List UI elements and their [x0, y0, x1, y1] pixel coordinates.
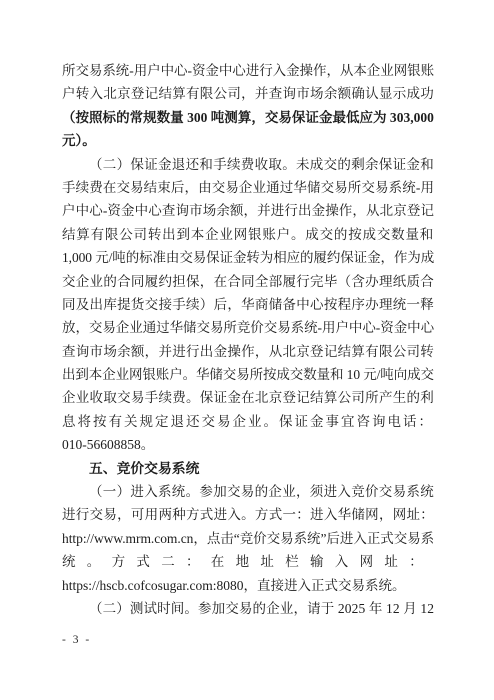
document-page: 所交易系统-用户中心-资金中心进行入金操作，从本企业网银账户转入北京登记结算有限… — [0, 0, 494, 700]
text-line: 结算有限公司转出到本企业网银账户。成交的按成交数量和 — [62, 223, 434, 246]
text-line: （二）测试时间。参加交易的企业，请于 2025 年 12 月 12 — [62, 597, 434, 620]
text-line: 放，交易企业通过华储交易所竞价交易系统-用户中心-资金中心 — [62, 316, 434, 339]
text-line: 元）。 — [62, 129, 434, 152]
text-line: 息将按有关规定退还交易企业。保证金事宜咨询电话： — [62, 410, 434, 433]
text-line: 1,000 元/吨的标准由交易保证金转为相应的履约保证金，作为成 — [62, 246, 434, 269]
text-line: （按照标的常规数量 300 吨测算，交易保证金最低应为 303,000 — [62, 106, 434, 129]
text-line: 交企业的合同履约担保，在合同全部履行完毕（含办理纸质合 — [62, 270, 434, 293]
text-line: 企业收取交易手续费。保证金在北京登记结算公司所产生的利 — [62, 386, 434, 409]
document-page-background: { "page": { "width": 494, "height": 700,… — [0, 0, 494, 700]
text-line: 进行交易，可用两种方式进入。方式一：进入华储网，网址： — [62, 503, 434, 526]
document-text-block: 所交易系统-用户中心-资金中心进行入金操作，从本企业网银账户转入北京登记结算有限… — [62, 59, 434, 620]
text-line: 手续费在交易结束后，由交易企业通过华储交易所交易系统-用 — [62, 176, 434, 199]
page-number: - 3 - — [62, 634, 91, 646]
section-heading: 五、竞价交易系统 — [62, 457, 434, 480]
text-line: 查询市场余额，并进行出金操作，从北京登记结算有限公司转 — [62, 340, 434, 363]
text-line: 所交易系统-用户中心-资金中心进行入金操作，从本企业网银账 — [62, 59, 434, 82]
text-line: https://hscb.cofcosugar.com:8080，直接进入正式交… — [62, 574, 434, 597]
text-line: （一）进入系统。参加交易的企业，须进入竞价交易系统 — [62, 480, 434, 503]
text-line: 统。方式二：在地址栏输入网址： — [62, 550, 434, 573]
text-line: 户转入北京登记结算有限公司，并查询市场余额确认显示成功 — [62, 82, 434, 105]
text-line: 户中心-资金中心查询市场余额，并进行出金操作，从北京登记 — [62, 199, 434, 222]
text-line: 出到本企业网银账户。华储交易所按成交数量和 10 元/吨向成交 — [62, 363, 434, 386]
text-line: （二）保证金退还和手续费收取。未成交的剩余保证金和 — [62, 153, 434, 176]
text-line: 010-56608858。 — [62, 433, 434, 456]
text-line: 同及出库提货交接手续）后，华商储备中心按程序办理统一释 — [62, 293, 434, 316]
text-line: http://www.mrm.com.cn，点击“竞价交易系统”后进入正式交易系 — [62, 527, 434, 550]
